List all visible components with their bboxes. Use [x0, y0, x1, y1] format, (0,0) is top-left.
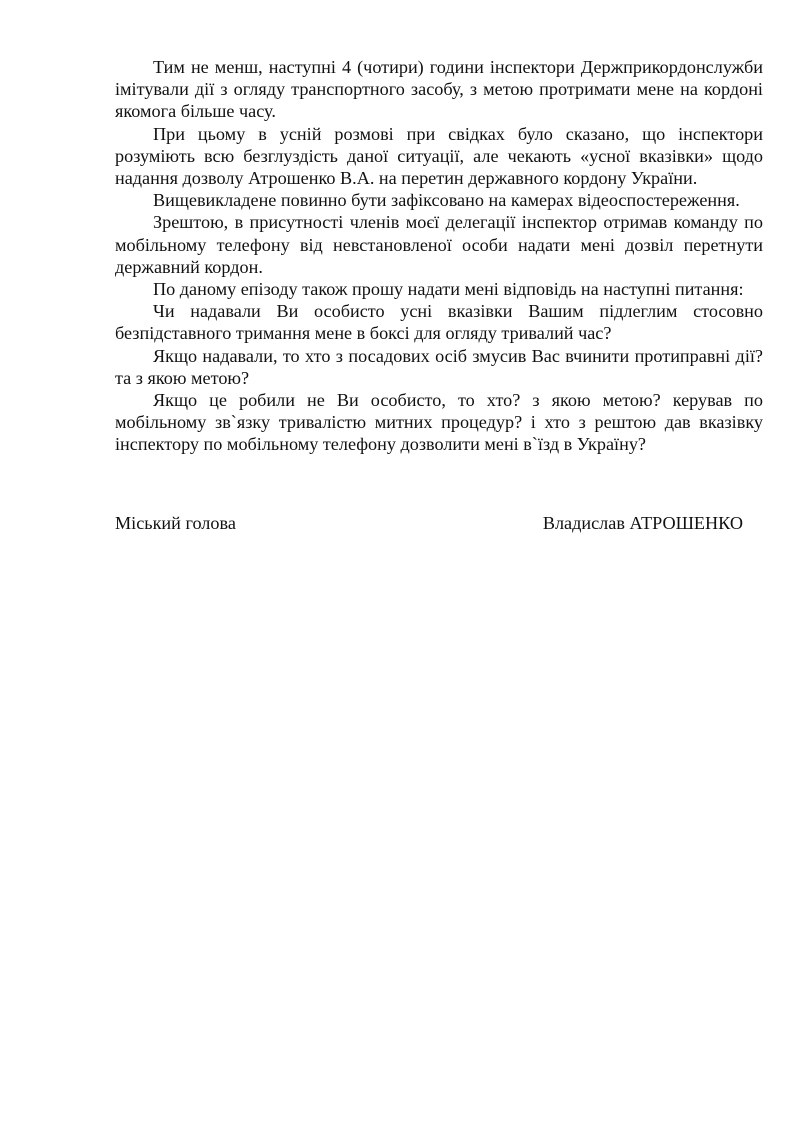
signature-block: Міський голова Владислав АТРОШЕНКО: [115, 512, 743, 534]
signatory-name: Владислав АТРОШЕНКО: [543, 512, 743, 534]
paragraph-inspectors-imitated: Тим не менш, наступні 4 (чотири) години …: [115, 56, 763, 123]
letter-body: Тим не менш, наступні 4 (чотири) години …: [115, 56, 763, 456]
paragraph-video-recorded: Вищевикладене повинно бути зафіксовано н…: [115, 189, 763, 211]
paragraph-oral-conversation: При цьому в усній розмові при свідках бу…: [115, 123, 763, 190]
question-oral-instructions: Чи надавали Ви особисто усні вказівки Ва…: [115, 300, 763, 344]
signatory-position: Міський голова: [115, 512, 236, 534]
question-who-forced: Якщо надавали, то хто з посадових осіб з…: [115, 345, 763, 389]
question-who-directed: Якщо це робили не Ви особисто, то хто? з…: [115, 389, 763, 456]
paragraph-phone-command: Зрештою, в присутності членів моєї делег…: [115, 211, 763, 278]
paragraph-request-answers: По даному епізоду також прошу надати мен…: [115, 278, 763, 300]
